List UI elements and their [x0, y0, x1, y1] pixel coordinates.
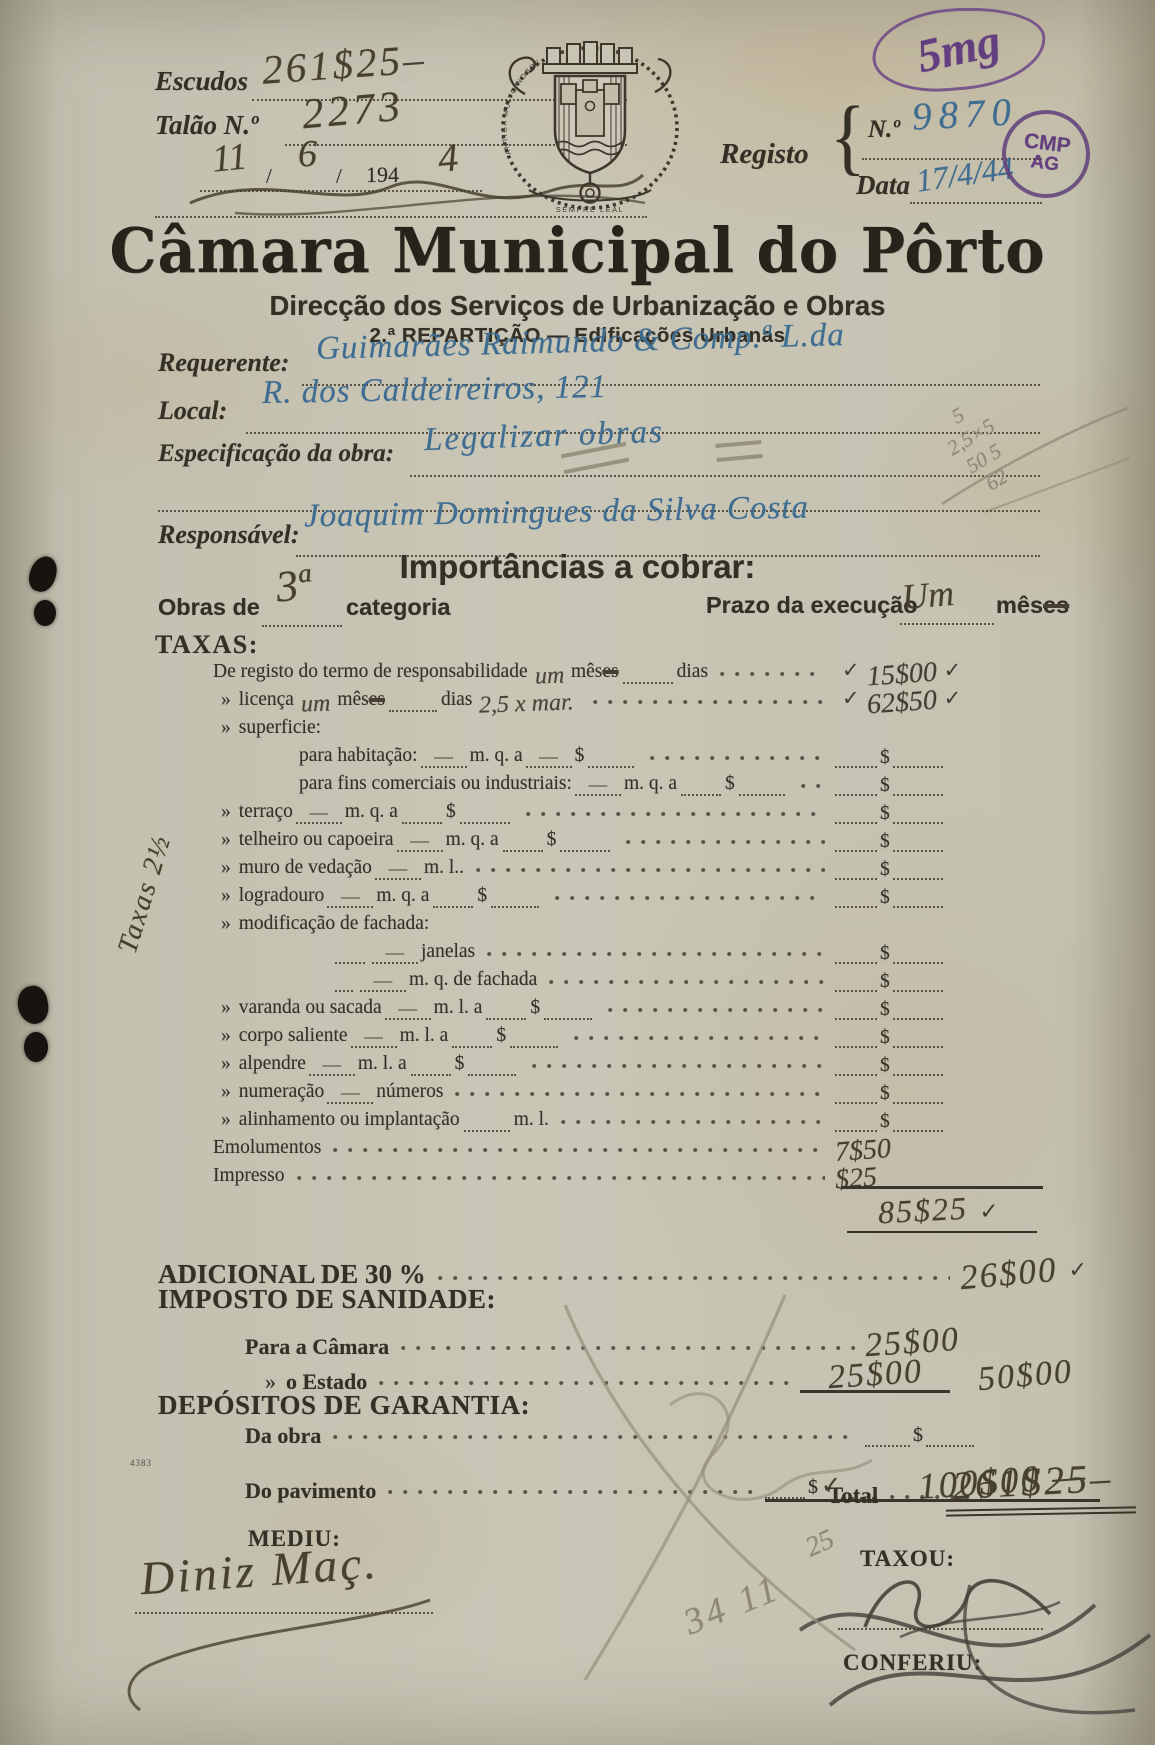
taxa-row-label: Emolumentos: [213, 1138, 835, 1160]
taxa-bullet: »: [221, 998, 231, 1020]
total-value: 261$25–: [951, 1454, 1114, 1509]
subtotal-value: 85$25: [877, 1190, 969, 1232]
taxa-row-label: »terraço—m. q. a$: [219, 802, 835, 824]
svg-text:ANTIGA MUITO NOBRE: ANTIGA MUITO NOBRE: [502, 58, 544, 155]
taxa-row-value: $: [835, 1056, 1043, 1076]
taxa-dotted-blank: [335, 948, 365, 964]
taxa-bullet: »: [221, 1054, 231, 1076]
taxa-text: $: [477, 886, 487, 908]
taxa-text: De registo do termo de responsabilidade: [213, 662, 528, 684]
taxa-text: alpendre: [239, 1054, 306, 1076]
taxa-text: m. l. a: [400, 1026, 449, 1048]
taxa-bullet: »: [221, 886, 231, 908]
value-dotted-blank: [835, 754, 877, 768]
taxa-text: telheiro ou capoeira: [239, 830, 394, 852]
taxa-dotted-blank: [464, 1116, 510, 1132]
taxa-text: varanda ou sacada: [239, 998, 382, 1020]
value-dotted-blank: [893, 950, 943, 964]
requerente-label: Requerente:: [158, 348, 289, 378]
taxa-text: modificação de fachada:: [239, 914, 430, 936]
value-dollar-sign: $: [877, 888, 893, 908]
taxa-row: »logradouro—m. q. a$$: [213, 880, 1043, 908]
taxa-bullet: »: [221, 858, 231, 880]
print-code: 4383: [130, 1458, 152, 1468]
taxa-text: licença: [239, 690, 294, 712]
taxa-row-value: $: [835, 860, 1043, 880]
taxa-dotted-blank: [452, 1032, 492, 1048]
value-dotted-blank: [835, 1062, 877, 1076]
local-label: Local:: [158, 396, 227, 426]
taxa-row-value: ✓62$50✓: [835, 688, 1043, 712]
taxa-row: »alpendre—m. l. a$$: [213, 1048, 1043, 1076]
taxa-row-label: De registo do termo de responsabilidadeu…: [213, 662, 835, 684]
value-dotted-blank: [835, 866, 877, 880]
taxa-text: logradouro: [239, 886, 325, 908]
taxa-row-label: »muro de vedação—m. l..: [219, 858, 835, 880]
taxa-dash-entry: —: [309, 1058, 355, 1076]
taxa-row-label: »superficie:: [219, 718, 835, 740]
taxa-handwritten-entry: 2,5 x mar.: [479, 695, 574, 712]
taxa-text: Impresso: [213, 1166, 285, 1188]
taxa-dotted-blank: [460, 808, 510, 824]
adicional-leader: [438, 1274, 950, 1282]
taxa-text: dias: [677, 662, 708, 684]
subtotal-rule-bottom: [847, 1231, 1037, 1233]
taxa-row: »terraço—m. q. a$$: [213, 796, 1043, 824]
value-dotted-blank: [893, 978, 943, 992]
taxa-row-value: $: [835, 1084, 1043, 1104]
taxa-dash-entry: —: [360, 974, 406, 992]
taxa-text: mês: [337, 690, 368, 712]
value-dollar-sign: $: [877, 748, 893, 768]
taxa-text: m. q. de fachada: [409, 970, 537, 992]
taxa-text: $: [496, 1026, 506, 1048]
taxa-row-value: $: [835, 1028, 1043, 1048]
value-dotted-blank: [835, 1006, 877, 1020]
taxa-dot-leader: [526, 810, 825, 818]
value-dollar-sign: $: [877, 1056, 893, 1076]
margin-taxas-note: Taxas 2½: [112, 831, 178, 957]
taxa-row: »numeração—números$: [213, 1076, 1043, 1104]
taxa-text: m. q. a: [345, 802, 398, 824]
taxa-dotted-blank: [623, 668, 673, 684]
value-dotted-blank: [893, 1062, 943, 1076]
taxas-subtotal: 85$25 ✓: [837, 1186, 1047, 1233]
taxa-row-value: $: [835, 776, 1043, 796]
imposto-estado-total: 50$00: [976, 1353, 1074, 1399]
taxa-bullet: »: [221, 718, 231, 740]
taxa-text: janelas: [421, 942, 475, 964]
categoria-value: 3ª: [273, 558, 312, 612]
deposito-obra-label: Da obra: [245, 1425, 321, 1447]
taxa-dot-leader: [455, 1090, 825, 1098]
taxa-text: para fins comerciais ou industriais:: [299, 774, 572, 796]
taxa-dot-leader: [801, 782, 825, 790]
taxa-bullet: »: [221, 690, 231, 712]
responsavel-label: Responsável:: [158, 520, 300, 550]
taxa-dash-entry: —: [327, 890, 373, 908]
value-amount: 7$50: [834, 1140, 891, 1162]
taxa-dot-leader: [487, 950, 825, 958]
taxa-text: dias: [441, 690, 472, 712]
circled-note-text: 5mg: [913, 14, 1006, 84]
value-dotted-blank: [893, 810, 943, 824]
taxa-row-value: $: [835, 1112, 1043, 1132]
porto-coat-of-arms: ANTIGA MUITO NOBRE SEMPRE LEA: [495, 32, 685, 214]
taxa-row: —janelas$: [213, 936, 1043, 964]
prazo-unit-struck: es: [1043, 592, 1069, 618]
taxa-dotted-blank: [402, 808, 442, 824]
value-dollar-sign: $: [877, 1112, 893, 1132]
taxa-row: »licençaummêsesdias2,5 x mar.✓62$50✓: [213, 684, 1043, 712]
ag-stamp-text: AG: [1029, 152, 1060, 176]
taxa-row: Emolumentos7$50: [213, 1132, 1043, 1160]
taxa-row-value: $: [835, 832, 1043, 852]
taxa-dash-entry: —: [375, 862, 421, 880]
taxa-dotted-blank: [433, 892, 473, 908]
taxa-row: »varanda ou sacada—m. l. a$$: [213, 992, 1043, 1020]
taxa-text: Emolumentos: [213, 1138, 321, 1160]
taxa-text: m. q. a: [624, 774, 677, 796]
taxa-bullet: »: [221, 1082, 231, 1104]
prazo-unit-kept: mês: [996, 592, 1043, 618]
taxa-dash-entry: —: [397, 834, 443, 852]
taxa-text: m. l. a: [358, 1054, 407, 1076]
ink-blot: [24, 1032, 48, 1062]
taxa-row-value: 7$50: [835, 1142, 1043, 1160]
value-dotted-blank: [835, 894, 877, 908]
page-subtitle: Direcção dos Serviços de Urbanização e O…: [40, 290, 1115, 322]
registo-date-line: [910, 200, 1042, 204]
taxa-text: $: [455, 1054, 465, 1076]
taxa-text: superficie:: [239, 718, 321, 740]
taxa-dot-leader: [593, 698, 825, 706]
taxa-dash-entry: —: [351, 1030, 397, 1048]
taxa-text: muro de vedação: [239, 858, 372, 880]
taxa-row-label: »numeração—números: [219, 1082, 835, 1104]
taxa-text: m. q. a: [446, 830, 499, 852]
taxa-bullet: »: [221, 1026, 231, 1048]
taxa-row: De registo do termo de responsabilidadeu…: [213, 656, 1043, 684]
value-dotted-blank: [835, 1118, 877, 1132]
taxa-text: m. l.: [514, 1110, 549, 1132]
taxa-handwritten-entry: um: [534, 668, 564, 683]
taxa-row: —m. q. de fachada$: [213, 964, 1043, 992]
value-amount: 62$50: [866, 692, 937, 715]
taxa-dotted-blank: [681, 780, 721, 796]
talao-value: 2273: [300, 82, 406, 140]
adicional-value: 26$00: [958, 1250, 1059, 1298]
value-dotted-blank: [893, 1034, 943, 1048]
escudos-value: 261$25–: [261, 34, 428, 93]
scanned-form-page: Escudos 261$25– Talão N.º 2273 11 / 6 / …: [0, 0, 1155, 1745]
taxa-text: m. q. a: [470, 746, 523, 768]
value-check-mark: ✓: [842, 658, 860, 682]
crest-ribbon-bottom: SEMPRE LEAL: [556, 205, 625, 214]
circled-note-stamp: 5mg: [869, 1, 1049, 98]
taxa-bullet: »: [221, 1110, 231, 1132]
value-dollar-sign: $: [877, 972, 893, 992]
value-dotted-blank: [893, 1090, 943, 1104]
taxa-dot-leader: [561, 1118, 825, 1126]
registo-number-value: 9870: [911, 89, 1019, 139]
taxa-row-label: »alpendre—m. l. a$: [219, 1054, 835, 1076]
taxa-row: para fins comerciais ou industriais:—m. …: [213, 768, 1043, 796]
value-check-mark: ✓: [944, 658, 962, 682]
value-amount: 15$00: [866, 664, 937, 687]
value-dotted-blank: [835, 782, 877, 796]
importancias-heading: Importâncias a cobrar:: [40, 548, 1115, 586]
taxa-row-label: »telheiro ou capoeira—m. q. a$: [219, 830, 835, 852]
imposto-heading: IMPOSTO DE SANIDADE:: [158, 1284, 496, 1315]
value-dotted-blank: [893, 894, 943, 908]
value-dotted-blank: [893, 838, 943, 852]
value-dollar-sign: $: [877, 1028, 893, 1048]
taxa-row: »corpo saliente—m. l. a$$: [213, 1020, 1043, 1048]
taxa-handwritten-entry: um: [301, 696, 331, 711]
value-dollar-sign: $: [877, 776, 893, 796]
registo-label: Registo: [720, 138, 809, 171]
categoria-label: categoria: [346, 594, 451, 621]
taxa-text: alinhamento ou implantação: [239, 1110, 460, 1132]
taxa-bullet: »: [221, 830, 231, 852]
taxa-dash-entry: —: [327, 1086, 373, 1104]
taxa-row-value: $: [835, 748, 1043, 768]
taxa-row-label: »corpo saliente—m. l. a$: [219, 1026, 835, 1048]
value-dollar-sign: $: [877, 1084, 893, 1104]
adicional-row: ADICIONAL DE 30 % 26$00 ✓: [158, 1248, 1110, 1288]
taxa-dot-leader: [608, 1006, 825, 1014]
value-dotted-blank: [893, 1118, 943, 1132]
taxa-text: para habitação:: [299, 746, 418, 768]
taxa-text: m. q. a: [376, 886, 429, 908]
taxa-row-label: para fins comerciais ou industriais:—m. …: [299, 774, 835, 796]
taxa-text: m. l..: [424, 858, 464, 880]
value-check-mark: ✓: [842, 686, 860, 710]
value-dotted-blank: [835, 810, 877, 824]
pencil-scribble: [520, 1285, 940, 1705]
taxa-dotted-blank: [544, 1004, 592, 1020]
taxa-row: »telheiro ou capoeira—m. q. a$$: [213, 824, 1043, 852]
value-check-mark: ✓: [944, 686, 962, 710]
value-dotted-blank: [893, 782, 943, 796]
taxa-row: para habitação:—m. q. a—$$: [213, 740, 1043, 768]
taxa-text: m. l. a: [434, 998, 483, 1020]
taxa-row-label: »logradouro—m. q. a$: [219, 886, 835, 908]
taxa-dot-leader: [532, 1062, 825, 1070]
taxa-row-label: »alinhamento ou implantaçãom. l.: [219, 1110, 835, 1132]
subtotal-check: ✓: [979, 1199, 998, 1225]
taxa-text: números: [376, 1082, 443, 1104]
taxa-text: $: [547, 830, 557, 852]
taxa-dotted-blank: [411, 1060, 451, 1076]
taxa-text: $: [725, 774, 735, 796]
taxa-dot-leader: [574, 1034, 825, 1042]
value-dotted-blank: [835, 1034, 877, 1048]
taxa-dash-entry: —: [575, 778, 621, 796]
value-dotted-blank: [835, 950, 877, 964]
taxa-dot-leader: [555, 894, 825, 902]
prazo-value: Um: [900, 572, 955, 618]
taxa-dash-entry: —: [421, 750, 467, 768]
taxa-dotted-blank: [588, 752, 634, 768]
taxa-dotted-blank: [503, 836, 543, 852]
value-dollar-sign: $: [877, 804, 893, 824]
taxa-row-value: $: [835, 1000, 1043, 1020]
taxa-dot-leader: [626, 838, 825, 846]
value-dotted-blank: [893, 754, 943, 768]
local-value: R. dos Caldeireiros, 121: [262, 369, 608, 412]
value-dotted-blank: [835, 978, 877, 992]
taxa-dotted-blank: [468, 1060, 516, 1076]
pencil-stroke: [930, 400, 1140, 520]
value-dotted-blank: [835, 838, 877, 852]
page-title: Câmara Municipal do Pôrto: [40, 215, 1115, 287]
taxa-dash-entry: —: [385, 1002, 431, 1020]
taxa-struck-text: es: [602, 662, 618, 684]
value-dollar-sign: $: [877, 1000, 893, 1020]
taxa-row-label: —janelas: [331, 942, 835, 964]
registo-number-label: N.º: [868, 116, 900, 144]
mediu-flourish: [110, 1570, 470, 1720]
prazo-label: Prazo da execução: [706, 592, 918, 619]
taxa-dotted-blank: [335, 976, 353, 992]
taxa-row-value: $: [835, 944, 1043, 964]
prazo-unit: mêses: [996, 592, 1069, 619]
taxa-dot-leader: [297, 1174, 826, 1182]
taxa-dotted-blank: [491, 892, 539, 908]
value-dotted-blank: [893, 866, 943, 880]
value-dollar-sign: $: [877, 832, 893, 852]
taxa-row: Impresso$25: [213, 1160, 1043, 1188]
taxa-row-label: para habitação:—m. q. a—$: [299, 746, 835, 768]
value-dotted-blank: [835, 1090, 877, 1104]
taxa-dot-leader: [333, 1146, 825, 1154]
taxa-bullet: »: [221, 914, 231, 936]
taxa-dotted-blank: [510, 1032, 558, 1048]
taxa-row-label: »modificação de fachada:: [219, 914, 835, 936]
registo-date-label: Data: [856, 170, 910, 201]
taxa-text: corpo saliente: [239, 1026, 348, 1048]
taxa-row: »muro de vedação—m. l..$: [213, 852, 1043, 880]
especificacao-value: Legalizar obras: [423, 414, 664, 459]
taxa-dot-leader: [720, 670, 825, 678]
taxa-dotted-blank: [560, 836, 610, 852]
taxa-row-value: ✓15$00✓: [835, 660, 1043, 684]
deposito-pavimento-label: Do pavimento: [245, 1480, 376, 1502]
obras-de-label: Obras de: [158, 594, 260, 621]
taxa-dot-leader: [549, 978, 825, 986]
prazo-blank: [900, 621, 994, 625]
taxa-dash-entry: —: [296, 806, 342, 824]
especificacao-label: Especificação da obra:: [158, 440, 394, 468]
taxa-text: $: [575, 746, 585, 768]
ink-blot: [34, 600, 56, 626]
taxa-row-value: $: [835, 888, 1043, 908]
taxa-dotted-blank: [486, 1004, 526, 1020]
taxa-dotted-blank: [389, 696, 437, 712]
taxa-row-value: $: [835, 972, 1043, 992]
taxa-row-label: »licençaummêsesdias2,5 x mar.: [219, 690, 835, 712]
responsavel-value: Joaquim Domingues da Silva Costa: [304, 490, 810, 536]
ink-blot: [15, 984, 51, 1027]
taxa-text: terraço: [239, 802, 293, 824]
adicional-check: ✓: [1069, 1258, 1087, 1283]
taxa-text: $: [530, 998, 540, 1020]
taxa-text: $: [446, 802, 456, 824]
taxa-row: »modificação de fachada:: [213, 908, 1043, 936]
depositos-heading: DEPÓSITOS DE GARANTIA:: [158, 1390, 530, 1421]
crest-ribbon-left: ANTIGA MUITO NOBRE: [502, 58, 544, 155]
registo-brace: {: [830, 94, 866, 179]
taxa-dash-entry: —: [372, 946, 418, 964]
taxa-row: »alinhamento ou implantaçãom. l.$: [213, 1104, 1043, 1132]
pencil-mark: [715, 440, 762, 462]
value-dollar-sign: $: [877, 860, 893, 880]
taxa-bullet: »: [221, 802, 231, 824]
taxa-row-value: $: [835, 804, 1043, 824]
taxas-rows: De registo do termo de responsabilidadeu…: [213, 656, 1043, 1188]
taxa-dot-leader: [650, 754, 825, 762]
taxa-struck-text: es: [369, 690, 385, 712]
taxa-row-label: »varanda ou sacada—m. l. a$: [219, 998, 835, 1020]
taxa-row-label: —m. q. de fachada: [331, 970, 835, 992]
taxa-dot-leader: [476, 866, 825, 874]
taxa-dotted-blank: [739, 780, 785, 796]
escudos-label: Escudos: [155, 66, 248, 97]
taxa-dash-entry: —: [526, 750, 572, 768]
value-dotted-blank: [893, 1006, 943, 1020]
taxa-text: mês: [571, 662, 602, 684]
taxa-text: numeração: [239, 1082, 325, 1104]
value-dollar-sign: $: [877, 944, 893, 964]
taxa-row-label: Impresso: [213, 1166, 835, 1188]
categoria-blank: [262, 623, 342, 627]
